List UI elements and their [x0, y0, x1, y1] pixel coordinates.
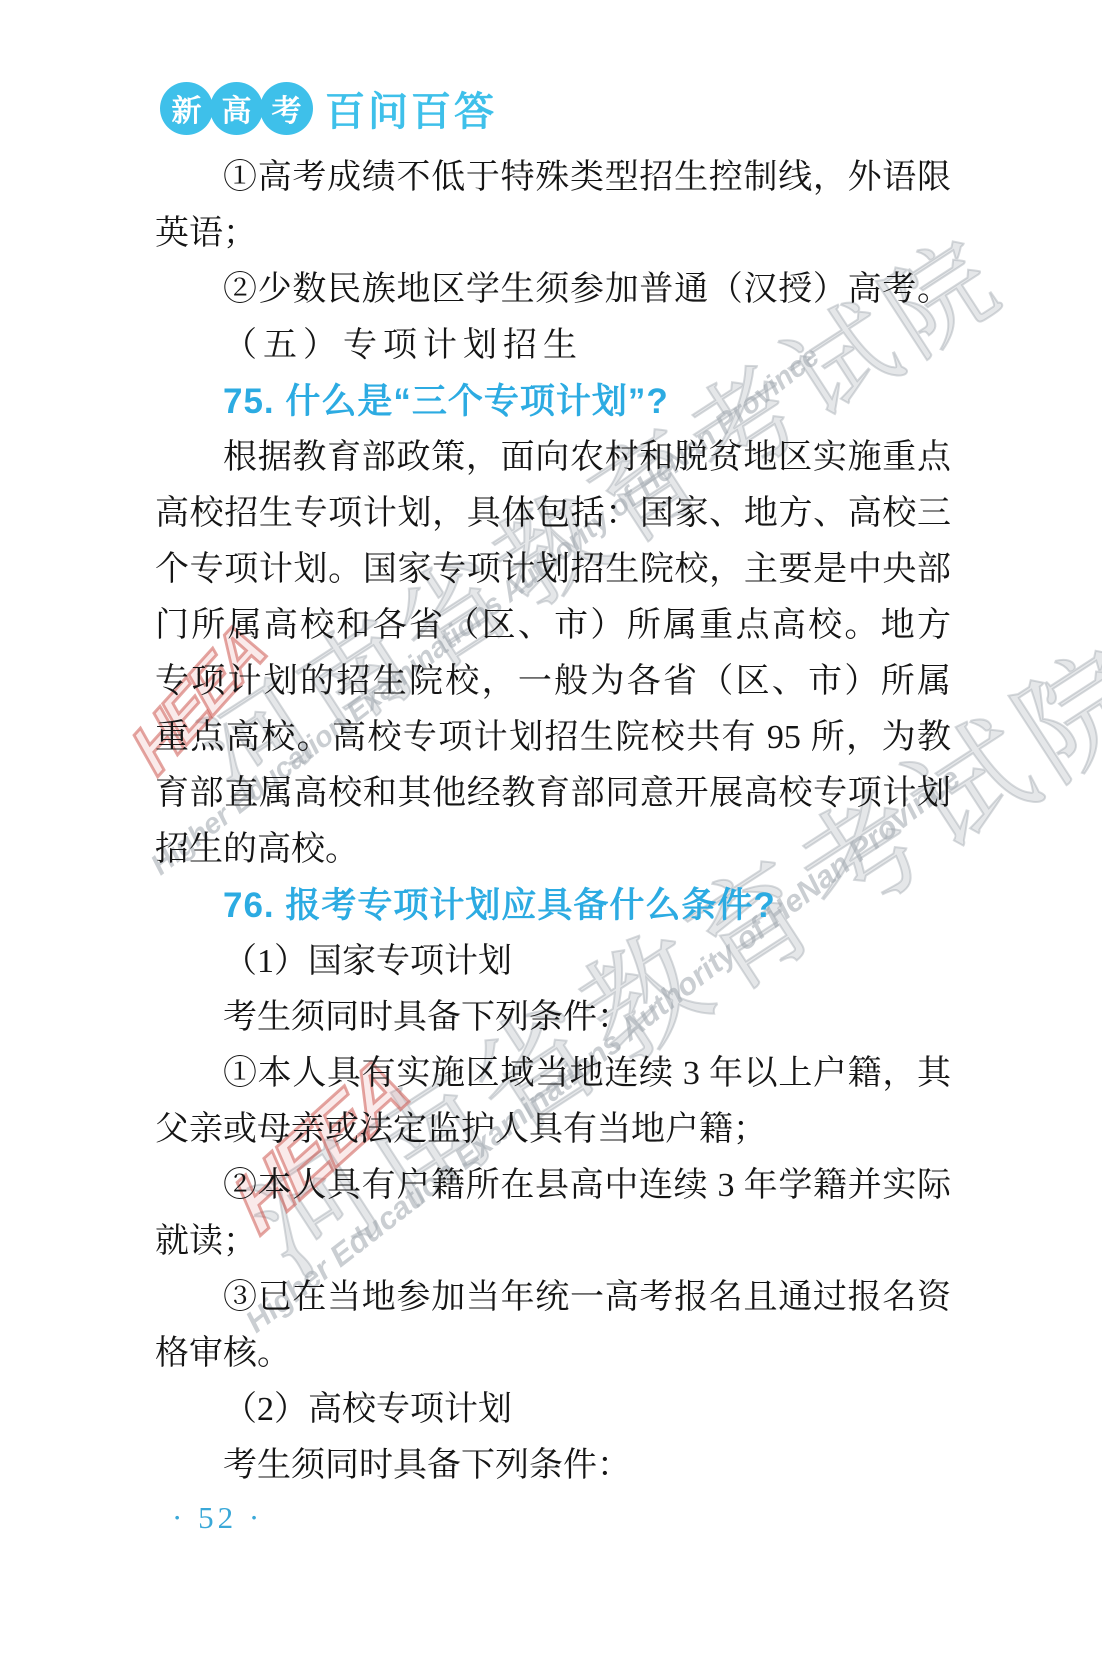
body-line: ②本人具有户籍所在县高中连续 3 年学籍并实际 [155, 1158, 951, 1214]
body-line: 考生须同时具备下列条件： [155, 990, 951, 1046]
book-page: 河南省教育考试院 Higher Education Examinations A… [0, 0, 1102, 1654]
text-column: ①高考成绩不低于特殊类型招生控制线，外语限 英语； ②少数民族地区学生须参加普通… [155, 150, 951, 1494]
body-line: 招生的高校。 [155, 822, 951, 878]
body-line: 根据教育部政策，面向农村和脱贫地区实施重点 [155, 430, 951, 486]
body-line: 格审核。 [155, 1326, 951, 1382]
body-line: 就读； [155, 1214, 951, 1270]
question-heading-76: 76. 报考专项计划应具备什么条件? [155, 878, 951, 934]
body-line: 考生须同时具备下列条件： [155, 1438, 951, 1494]
body-line: ①高考成绩不低于特殊类型招生控制线，外语限 [155, 150, 951, 206]
page-number: · 52 · [172, 1498, 263, 1538]
list-subhead: （2）高校专项计划 [155, 1382, 951, 1438]
body-line: ③已在当地参加当年统一高考报名且通过报名资 [155, 1270, 951, 1326]
logo-badge-circle: 考 [260, 82, 313, 135]
section-subhead: （五）专项计划招生 [155, 318, 951, 374]
logo-badge-circle: 高 [210, 82, 263, 135]
body-line: 育部直属高校和其他经教育部同意开展高校专项计划 [155, 766, 951, 822]
body-line: ①本人具有实施区域当地连续 3 年以上户籍，其 [155, 1046, 951, 1102]
logo-suffix-text: 百问百答 [325, 80, 497, 137]
body-line: 门所属高校和各省（区、市）所属重点高校。地方 [155, 598, 951, 654]
list-subhead: （1）国家专项计划 [155, 934, 951, 990]
book-brand-logo: 新 高 考 百问百答 [160, 80, 497, 136]
body-line: 父亲或母亲或法定监护人具有当地户籍； [155, 1102, 951, 1158]
body-line: 高校招生专项计划，具体包括：国家、地方、高校三 [155, 486, 951, 542]
logo-badge-circle: 新 [160, 82, 213, 135]
question-heading-75: 75. 什么是“三个专项计划”? [155, 374, 951, 430]
body-line: 专项计划的招生院校，一般为各省（区、市）所属 [155, 654, 951, 710]
body-line: 个专项计划。国家专项计划招生院校，主要是中央部 [155, 542, 951, 598]
body-line: 英语； [155, 206, 951, 262]
body-line: 重点高校。高校专项计划招生院校共有 95 所，为教 [155, 710, 951, 766]
body-line: ②少数民族地区学生须参加普通（汉授）高考。 [155, 262, 951, 318]
